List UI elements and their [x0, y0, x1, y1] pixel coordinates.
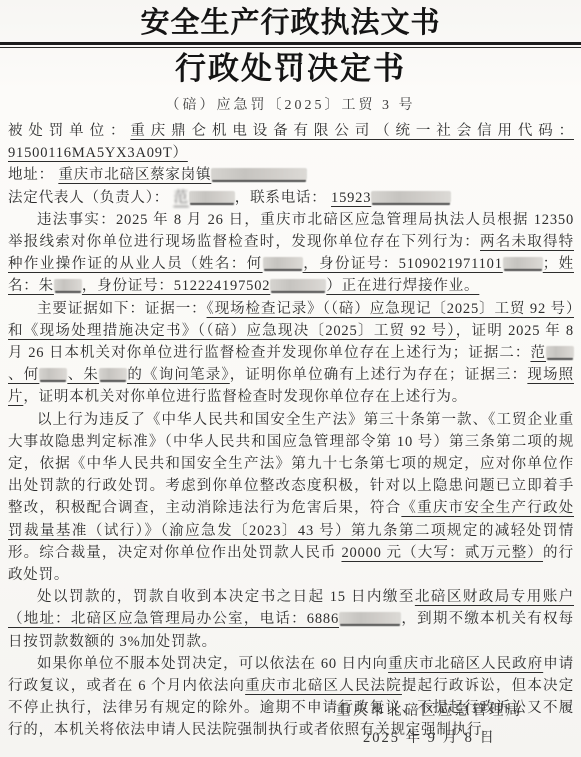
issuing-agency: 重庆市北碚区应急管理局	[336, 698, 523, 725]
text-run: 主要证据如下：证据一：	[37, 301, 207, 317]
paragraph-penalized-unit: 被处罚单位：重庆鼎仑机电设备有限公司（统一社会信用代码：91500116MA5Y…	[8, 120, 574, 164]
text-run: 、何	[8, 367, 39, 383]
paragraph-legal-representative: 法定代表人（负责人）： 范，联系电话： 15923	[8, 187, 574, 209]
text-run: 法定代表人（负责人）：	[8, 190, 173, 206]
redaction-blob	[339, 612, 401, 624]
paragraph-legal-basis-and-penalty: 以上行为违反了《中华人民共和国安全生产法》第三十条第一款、《工贸企业重大事故隐患…	[8, 409, 574, 587]
paragraph-address: 地址： 重庆市北碚区蔡家岗镇	[8, 164, 574, 186]
redaction-blob	[263, 257, 303, 269]
text-run: ，证明你单位确有上述行为存在；证据三：	[230, 367, 528, 383]
document-number: （碚）应急罚〔2025〕工贸 3 号	[0, 94, 581, 114]
text-run: 地址：	[8, 167, 58, 183]
redaction-blob	[503, 257, 543, 269]
text-run: 重庆市北碚区蔡家岗镇	[58, 167, 211, 183]
text-run: ，身份证号：512224197502	[82, 278, 270, 294]
redaction-blob	[39, 368, 67, 380]
redaction-blob	[270, 279, 326, 291]
text-run: 被处罚单位：	[8, 123, 130, 139]
text-run: 的《询问笔录》	[127, 367, 230, 383]
document-title: 行政处罚决定书	[0, 51, 581, 86]
redaction-blob	[211, 168, 307, 180]
text-run: 范	[530, 345, 546, 361]
document-body: 被处罚单位：重庆鼎仑机电设备有限公司（统一社会信用代码：91500116MA5Y…	[0, 120, 581, 742]
text-run: 、朱	[67, 367, 99, 383]
issue-date: 2025 年 9 月 8 日	[336, 725, 523, 752]
redaction-blob	[54, 279, 82, 291]
paragraph-violation-facts: 违法事实：2025 年 8 月 26 日，重庆市北碚区应急管理局执法人员根据 1…	[8, 209, 574, 298]
text-run: 15923	[331, 190, 371, 206]
paragraph-payment-instructions: 处以罚款的，罚款自收到本决定书之日起 15 日内缴至北碚区财政局专用账户（地址：…	[8, 586, 574, 653]
text-run: 20000 元（大写：贰万元整）	[341, 545, 543, 561]
redaction-blob	[371, 191, 451, 203]
text-run: 范	[173, 190, 188, 206]
signature-block: 重庆市北碚区应急管理局 2025 年 9 月 8 日	[336, 698, 523, 752]
redaction-blob	[99, 368, 127, 380]
text-run: ，身份证号：5109021971101	[303, 256, 503, 272]
text-run: ，联系电话：	[235, 190, 331, 206]
text-run: ，证明本机关对你单位进行监督检查时发现你单位存在上述行为。	[23, 389, 467, 405]
scanned-document-page: 安全生产行政执法文书 行政处罚决定书 （碚）应急罚〔2025〕工贸 3 号 被处…	[0, 0, 581, 757]
text-run: ）正在进行焊接作业。	[326, 278, 479, 294]
redaction-blob	[546, 346, 574, 358]
text-run: 如果你单位不服本处罚决定，可以依法在 60 日内向	[37, 656, 388, 672]
document-category-title: 安全生产行政执法文书	[0, 0, 581, 40]
text-run: 重庆市北碚区人民法院	[245, 678, 402, 694]
redaction-blob	[189, 191, 235, 203]
text-run: 处以罚款的，罚款自收到本决定书之日起 15 日内缴至	[37, 589, 415, 605]
text-run: 重庆市北碚区人民政府	[388, 656, 543, 672]
paragraph-evidence: 主要证据如下：证据一：《现场检查记录》（（碚）应急现记〔2025〕工贸 92 号…	[8, 298, 574, 409]
double-horizontal-rule	[0, 42, 581, 48]
